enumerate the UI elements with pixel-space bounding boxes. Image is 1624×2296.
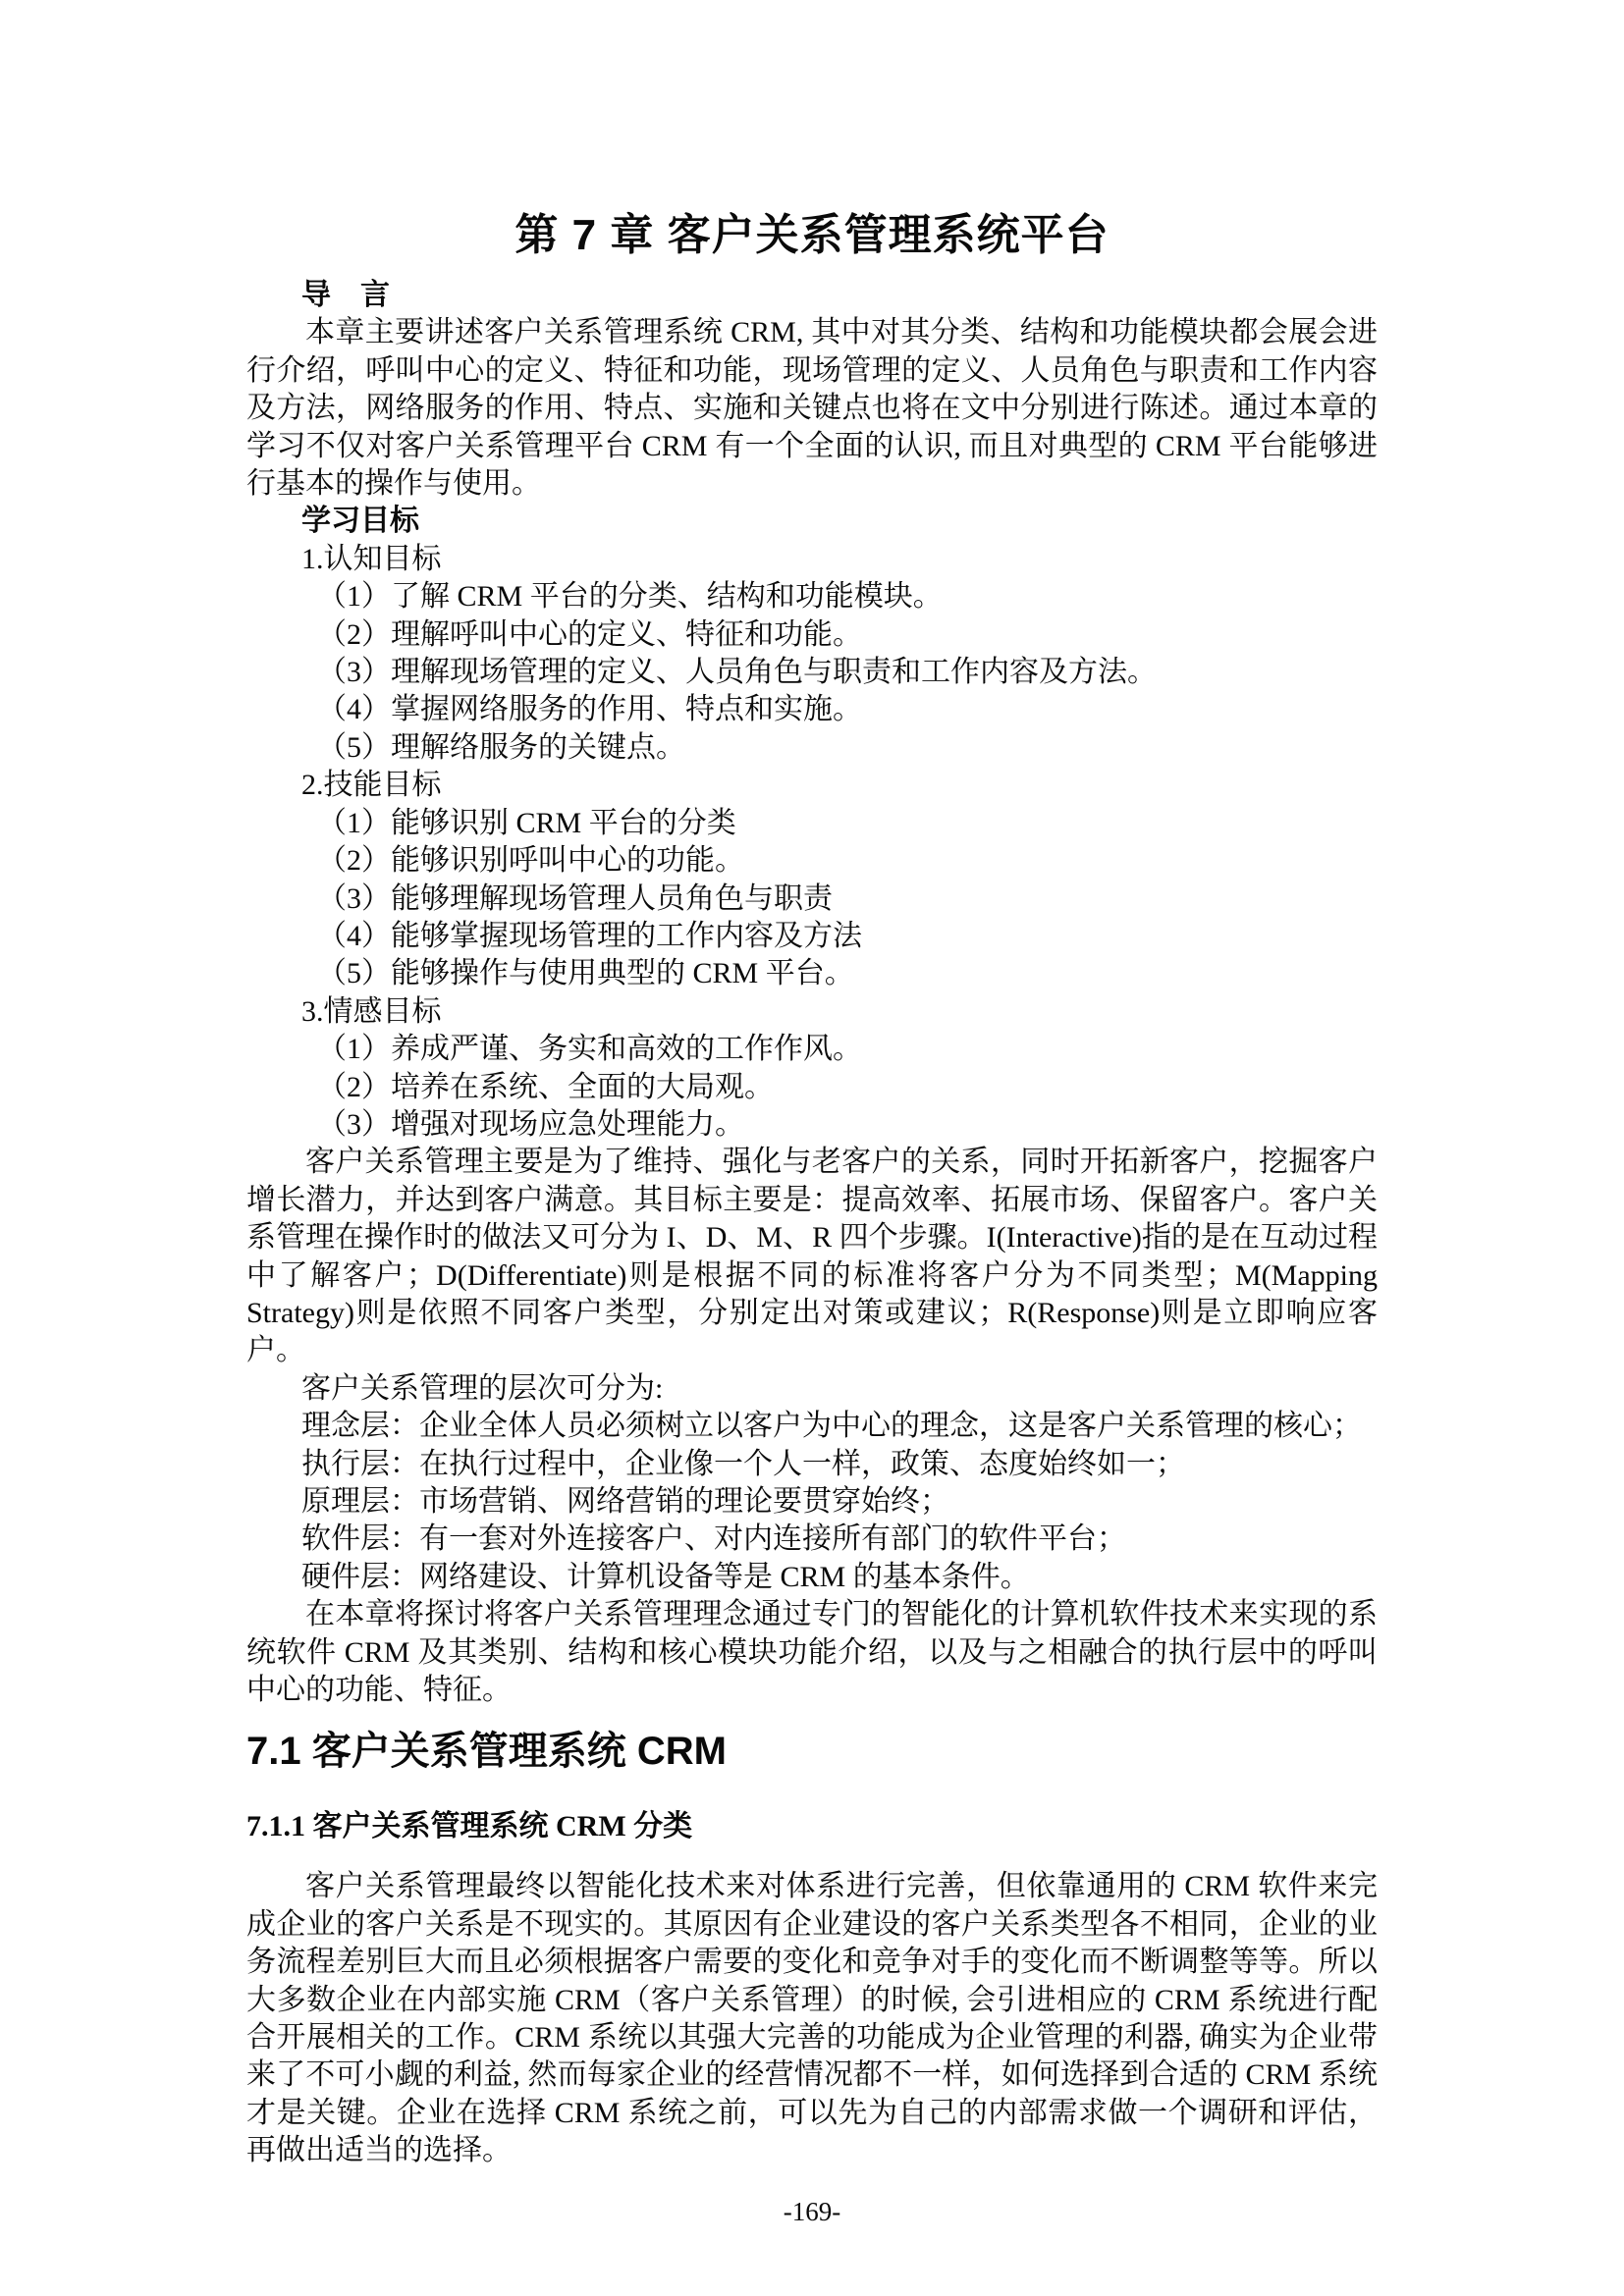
objective-item: （2）培养在系统、全面的大局观。 — [246, 1069, 1378, 1106]
objective-item: （2）理解呼叫中心的定义、特征和功能。 — [246, 616, 1378, 654]
level-line-hardware: 硬件层：网络建设、计算机设备等是 CRM 的基本条件。 — [246, 1559, 1378, 1596]
objective-group-title-affective: 3.情感目标 — [246, 993, 1378, 1031]
objective-item: （3）增强对现场应急处理能力。 — [246, 1106, 1378, 1144]
subsection-heading-7-1-1: 7.1.1 客户关系管理系统 CRM 分类 — [246, 1809, 1378, 1844]
objective-item: （3）能够理解现场管理人员角色与职责 — [246, 881, 1378, 918]
chapter-scope-paragraph: 在本章将探讨将客户关系管理理念通过专门的智能化的计算机软件技术来实现的系统软件 … — [246, 1596, 1378, 1709]
objective-item: （4）掌握网络服务的作用、特点和实施。 — [246, 691, 1378, 728]
objective-item: （5）能够操作与使用典型的 CRM 平台。 — [246, 955, 1378, 992]
document-page: 第 7 章 客户关系管理系统平台 导 言 本章主要讲述客户关系管理系统 CRM,… — [0, 0, 1624, 2296]
objective-item: （1）养成严谨、务实和高效的工作作风。 — [246, 1031, 1378, 1068]
levels-intro-line: 客户关系管理的层次可分为: — [246, 1370, 1378, 1408]
paragraph-idmr: 客户关系管理主要是为了维持、强化与老客户的关系，同时开拓新客户，挖掘客户增长潜力… — [246, 1144, 1378, 1369]
chapter-title: 第 7 章 客户关系管理系统平台 — [246, 208, 1378, 263]
objective-item: （2）能够识别呼叫中心的功能。 — [246, 842, 1378, 880]
level-line-concept: 理念层：企业全体人员必须树立以客户为中心的理念，这是客户关系管理的核心； — [246, 1408, 1378, 1445]
objective-group-title-cognitive: 1.认知目标 — [246, 541, 1378, 578]
level-line-execution: 执行层：在执行过程中，企业像一个人一样，政策、态度始终如一； — [246, 1446, 1378, 1483]
subsection-paragraph: 客户关系管理最终以智能化技术来对体系进行完善，但依靠通用的 CRM 软件来完成企… — [246, 1868, 1378, 2169]
intro-heading: 导 言 — [246, 277, 1378, 314]
level-line-software: 软件层：有一套对外连接客户、对内连接所有部门的软件平台； — [246, 1521, 1378, 1558]
page-number: -169- — [246, 2196, 1378, 2227]
level-line-principle: 原理层：市场营销、网络营销的理论要贯穿始终； — [246, 1483, 1378, 1521]
intro-paragraph: 本章主要讲述客户关系管理系统 CRM, 其中对其分类、结构和功能模块都会展会进行… — [246, 314, 1378, 503]
section-heading-7-1: 7.1 客户关系管理系统 CRM — [246, 1727, 1378, 1776]
objective-item: （1）了解 CRM 平台的分类、结构和功能模块。 — [246, 578, 1378, 615]
objective-item: （5）理解络服务的关键点。 — [246, 729, 1378, 767]
objective-item: （4）能够掌握现场管理的工作内容及方法 — [246, 918, 1378, 955]
objective-item: （1）能够识别 CRM 平台的分类 — [246, 805, 1378, 842]
objective-group-title-skill: 2.技能目标 — [246, 767, 1378, 804]
objective-item: （3）理解现场管理的定义、人员角色与职责和工作内容及方法。 — [246, 654, 1378, 691]
objectives-heading: 学习目标 — [246, 503, 1378, 540]
